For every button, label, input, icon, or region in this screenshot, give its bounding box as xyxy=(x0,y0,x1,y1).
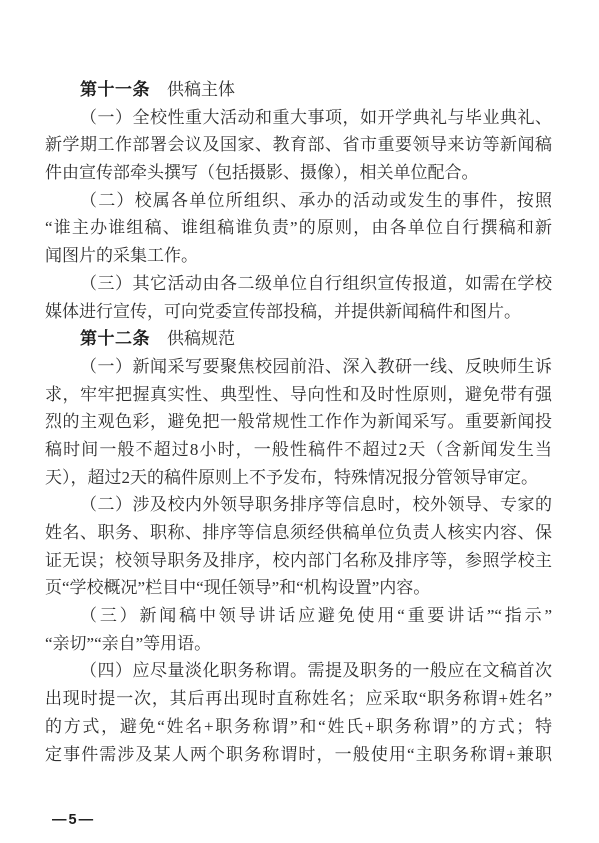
text-line: 证无误；校领导职务及排序，校内部门名称及排序等，参照学校主 xyxy=(45,547,552,575)
paragraph: （二）涉及校内外领导职务排序等信息时，校外领导、专家的姓名、职务、职称、排序等信… xyxy=(45,491,552,602)
text-line: （三）新闻稿中领导讲话应避免使用“重要讲话”“指示” xyxy=(45,602,552,630)
document-page: 第十一条供稿主体（一）全校性重大活动和重大事项，如开学典礼与毕业典礼、新学期工作… xyxy=(0,0,599,843)
article-heading: 第十一条供稿主体 xyxy=(45,76,552,104)
text-line: 烈的主观色彩，避免把一般常规性工作作为新闻采写。重要新闻投 xyxy=(45,408,552,436)
text-line: 页“学校概况”栏目中“现任领导”和“机构设置”内容。 xyxy=(45,574,552,602)
page-footer: —5— xyxy=(52,812,95,828)
text-line: 求，牢牢把握真实性、典型性、导向性和及时性原则，避免带有强 xyxy=(45,381,552,409)
article-title: 供稿规范 xyxy=(167,329,235,348)
text-line: （一）新闻采写要聚焦校园前沿、深入教研一线、反映师生诉 xyxy=(45,353,552,381)
text-line: （四）应尽量淡化职务称谓。需提及职务的一般应在文稿首次 xyxy=(45,657,552,685)
paragraph: （一）全校性重大活动和重大事项，如开学典礼与毕业典礼、新学期工作部署会议及国家、… xyxy=(45,104,552,187)
text-line: “谁主办谁组稿、谁组稿谁负责”的原则，由各单位自行撰稿和新 xyxy=(45,214,552,242)
article-title: 供稿主体 xyxy=(167,80,235,99)
text-line: （三）其它活动由各二级单位自行组织宣传报道，如需在学校 xyxy=(45,270,552,298)
document-body: 第十一条供稿主体（一）全校性重大活动和重大事项，如开学典礼与毕业典礼、新学期工作… xyxy=(45,76,552,768)
paragraph: （三）新闻稿中领导讲话应避免使用“重要讲话”“指示”“亲切”“亲自”等用语。 xyxy=(45,602,552,657)
text-line: 天），超过2天的稿件原则上不予发布，特殊情况报分管领导审定。 xyxy=(45,464,552,492)
text-line: 出现时提一次，其后再出现时直称姓名；应采取“职务称谓+姓名” xyxy=(45,685,552,713)
text-line: （二）校属各单位所组织、承办的活动或发生的事件，按照 xyxy=(45,187,552,215)
text-line: 的方式，避免“姓名+职务称谓”和“姓氏+职务称谓”的方式；特 xyxy=(45,713,552,741)
paragraph: （一）新闻采写要聚焦校园前沿、深入教研一线、反映师生诉求，牢牢把握真实性、典型性… xyxy=(45,353,552,491)
text-line: 件由宣传部牵头撰写（包括摄影、摄像），相关单位配合。 xyxy=(45,159,552,187)
paragraph: （二）校属各单位所组织、承办的活动或发生的事件，按照“谁主办谁组稿、谁组稿谁负责… xyxy=(45,187,552,270)
article-number: 第十一条 xyxy=(80,80,150,99)
text-line: 闻图片的采集工作。 xyxy=(45,242,552,270)
text-line: 稿时间一般不超过8小时，一般性稿件不超过2天（含新闻发生当 xyxy=(45,436,552,464)
text-line: （二）涉及校内外领导职务排序等信息时，校外领导、专家的 xyxy=(45,491,552,519)
text-line: （一）全校性重大活动和重大事项，如开学典礼与毕业典礼、 xyxy=(45,104,552,132)
text-line: “亲切”“亲自”等用语。 xyxy=(45,630,552,658)
text-line: 定事件需涉及某人两个职务称谓时，一般使用“主职务称谓+兼职 xyxy=(45,741,552,769)
text-line: 姓名、职务、职称、排序等信息须经供稿单位负责人核实内容、保 xyxy=(45,519,552,547)
article-heading: 第十二条供稿规范 xyxy=(45,325,552,353)
paragraph: （四）应尽量淡化职务称谓。需提及职务的一般应在文稿首次出现时提一次，其后再出现时… xyxy=(45,657,552,768)
text-line: 新学期工作部署会议及国家、教育部、省市重要领导来访等新闻稿 xyxy=(45,131,552,159)
page-number: —5— xyxy=(52,812,95,828)
paragraph: （三）其它活动由各二级单位自行组织宣传报道，如需在学校媒体进行宣传，可向党委宣传… xyxy=(45,270,552,325)
text-line: 媒体进行宣传，可向党委宣传部投稿，并提供新闻稿件和图片。 xyxy=(45,298,552,326)
article-number: 第十二条 xyxy=(80,329,150,348)
